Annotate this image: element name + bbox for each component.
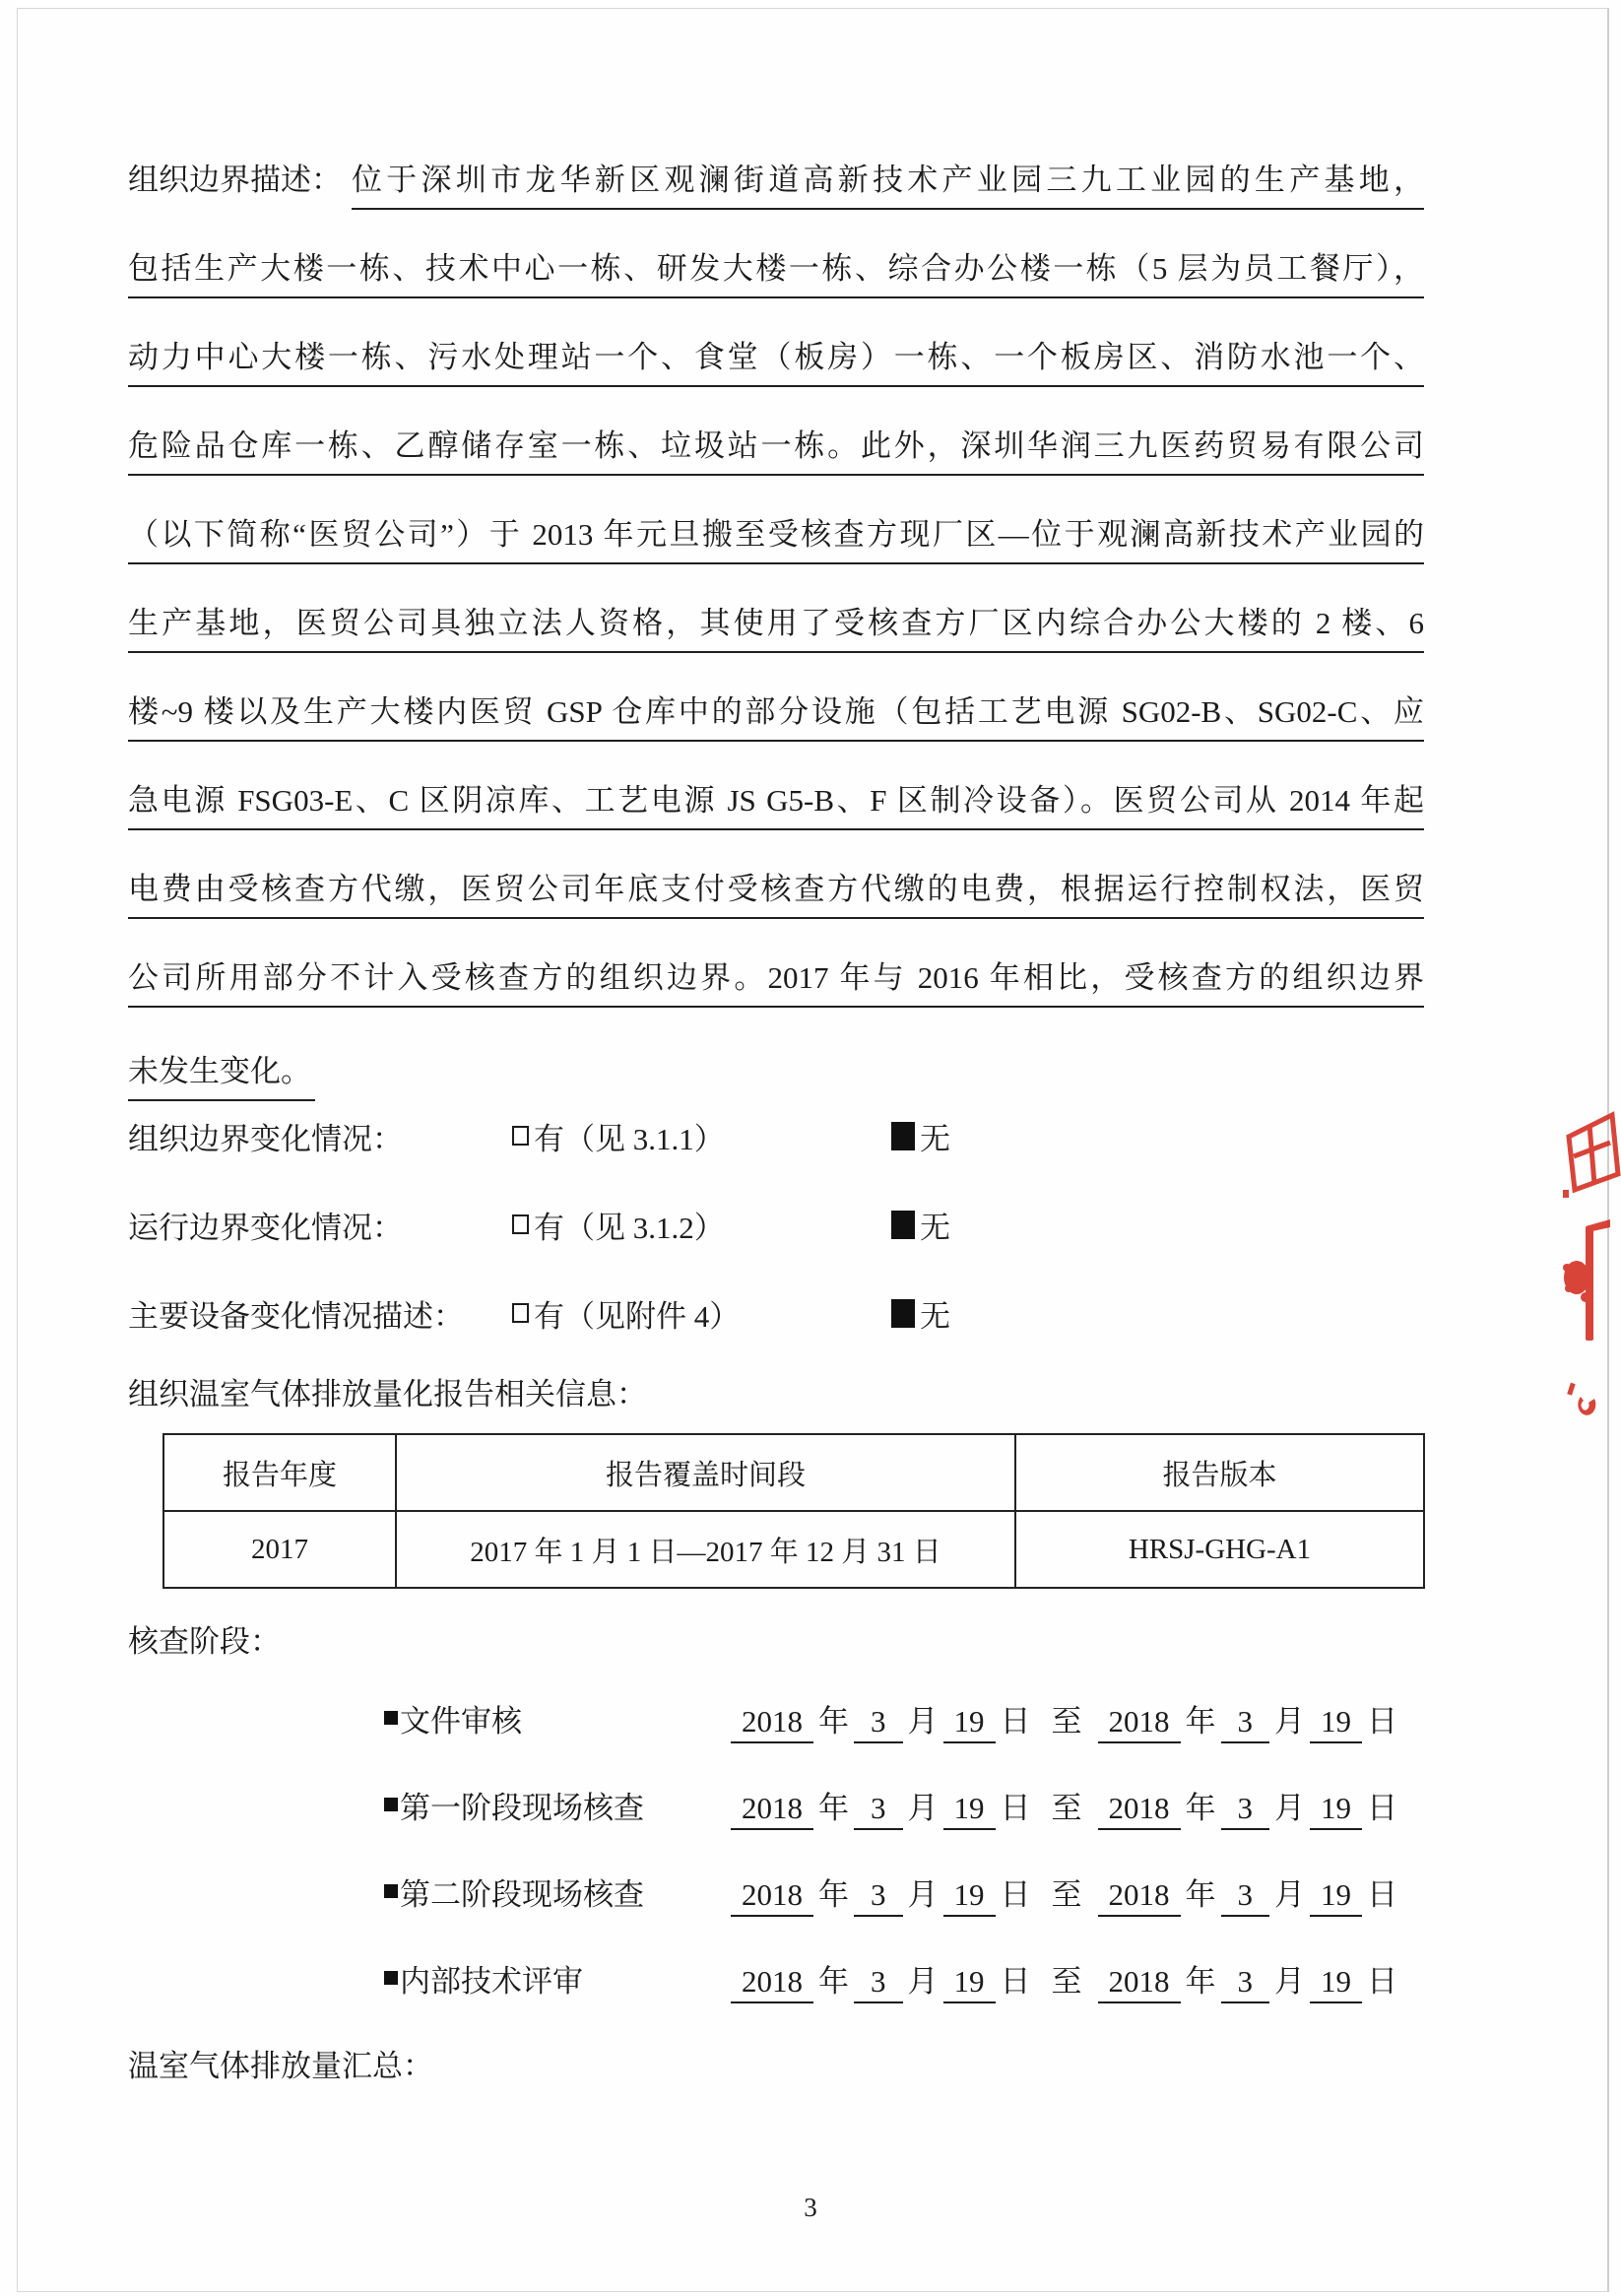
- checkbox-unchecked-icon: [512, 1126, 529, 1146]
- square-bullet-icon: [384, 1971, 398, 1985]
- table-row: 2017 2017 年 1 月 1 日—2017 年 12 月 31 日 HRS…: [163, 1511, 1424, 1588]
- change-row-operational-boundary: 运行边界变化情况： 有（见 3.1.2） 无: [128, 1180, 1123, 1269]
- phase-heading: 核查阶段：: [128, 1616, 281, 1661]
- cell-report-year: 2017: [163, 1511, 396, 1588]
- phase-label: 第一阶段现场核查: [400, 1783, 644, 1827]
- change-no-label: 无: [920, 1203, 950, 1247]
- date-start-year: 2018: [731, 1791, 813, 1830]
- unit-year: 年: [818, 1791, 849, 1825]
- date-start-month: 3: [854, 1704, 903, 1743]
- square-bullet-icon: [384, 1884, 398, 1898]
- phase-row-first-site-visit: 第一阶段现场核查 2018年3月19日至2018年3月19日: [384, 1761, 1402, 1848]
- boundary-line: 动力中心大楼一栋、污水处理站一个、食堂（板房）一栋、一个板房区、消防水池一个、: [128, 298, 1424, 387]
- boundary-line: （以下简称“医贸公司”）于 2013 年元旦搬至受核查方现厂区—位于观澜高新技术…: [128, 476, 1424, 564]
- change-yes-label: 有（见附件 4）: [534, 1291, 740, 1336]
- header-report-version: 报告版本: [1015, 1434, 1424, 1511]
- boundary-line: 生产基地，医贸公司具独立法人资格，其使用了受核查方厂区内综合办公大楼的 2 楼、…: [128, 564, 1424, 653]
- change-no-option: 无: [891, 1291, 950, 1336]
- change-row-label: 主要设备变化情况描述：: [128, 1291, 512, 1336]
- phase-label: 第二阶段现场核查: [400, 1870, 644, 1914]
- change-no-option: 无: [891, 1114, 950, 1158]
- change-row-label: 组织边界变化情况：: [128, 1114, 512, 1158]
- phase-dates: 2018年3月19日至2018年3月19日: [731, 1956, 1402, 2001]
- change-no-label: 无: [920, 1114, 950, 1158]
- red-stamp-fragment: [1559, 1095, 1621, 1450]
- boundary-label: 组织边界描述：: [128, 162, 342, 210]
- unit-month: 月: [908, 1791, 939, 1825]
- date-start-month: 3: [854, 1964, 903, 2003]
- unit-year: 年: [818, 1877, 849, 1912]
- phase-dates: 2018年3月19日至2018年3月19日: [731, 1870, 1402, 1914]
- unit-year: 年: [1186, 1791, 1216, 1825]
- unit-day: 日: [1001, 1704, 1031, 1738]
- date-end-month: 3: [1221, 1791, 1270, 1830]
- unit-year: 年: [1186, 1704, 1216, 1738]
- boundary-line-text: 危险品仓库一栋、乙醇储存室一栋、垃圾站一栋。此外，深圳华润三九医药贸易有限公司: [128, 427, 1424, 474]
- ghg-summary-heading: 温室气体排放量汇总：: [128, 2041, 433, 2085]
- checkbox-checked-icon: [891, 1299, 915, 1328]
- date-end-month: 3: [1221, 1964, 1270, 2003]
- date-end-month: 3: [1221, 1877, 1270, 1917]
- date-start-day: 19: [943, 1964, 996, 2003]
- phase-label-group: 第一阶段现场核查: [384, 1783, 731, 1827]
- change-row-org-boundary: 组织边界变化情况： 有（见 3.1.1） 无: [128, 1091, 1123, 1180]
- date-end-year: 2018: [1098, 1704, 1181, 1743]
- date-end-day: 19: [1310, 1964, 1362, 2003]
- unit-day: 日: [1367, 1704, 1397, 1738]
- boundary-line: 急电源 FSG03-E、C 区阴凉库、工艺电源 JS G5-B、F 区制冷设备）…: [128, 742, 1424, 830]
- unit-month: 月: [1274, 1704, 1305, 1738]
- boundary-line: 未发生变化。: [128, 1008, 1424, 1094]
- date-start-day: 19: [943, 1704, 996, 1743]
- phase-row-document-review: 文件审核 2018年3月19日至2018年3月19日: [384, 1674, 1402, 1761]
- phase-label-group: 内部技术评审: [384, 1956, 731, 2001]
- boundary-line: 包括生产大楼一栋、技术中心一栋、研发大楼一栋、综合办公楼一栋（5 层为员工餐厅）…: [128, 210, 1424, 298]
- date-start-day: 19: [943, 1877, 996, 1917]
- date-end-day: 19: [1310, 1704, 1362, 1743]
- change-yes-label: 有（见 3.1.2）: [534, 1203, 725, 1247]
- cell-report-version: HRSJ-GHG-A1: [1015, 1511, 1424, 1588]
- boundary-line: 电费由受核查方代缴，医贸公司年底支付受核查方代缴的电费，根据运行控制权法，医贸: [128, 830, 1424, 919]
- boundary-line: 危险品仓库一栋、乙醇储存室一栋、垃圾站一栋。此外，深圳华润三九医药贸易有限公司: [128, 387, 1424, 476]
- date-start-month: 3: [854, 1877, 903, 1917]
- unit-to: 至: [1052, 1877, 1082, 1912]
- phase-list: 文件审核 2018年3月19日至2018年3月19日 第一阶段现场核查 2018…: [384, 1674, 1402, 2021]
- change-no-label: 无: [920, 1291, 950, 1336]
- boundary-line-text: 楼~9 楼以及生产大楼内医贸 GSP 仓库中的部分设施（包括工艺电源 SG02-…: [128, 693, 1424, 740]
- phase-label: 文件审核: [400, 1696, 522, 1740]
- unit-to: 至: [1052, 1791, 1082, 1825]
- change-row-main-equipment: 主要设备变化情况描述： 有（见附件 4） 无: [128, 1269, 1123, 1357]
- report-info-heading: 组织温室气体排放量化报告相关信息：: [128, 1369, 647, 1413]
- phase-row-internal-technical-review: 内部技术评审 2018年3月19日至2018年3月19日: [384, 1935, 1402, 2021]
- checkbox-checked-icon: [891, 1122, 915, 1150]
- date-start-year: 2018: [731, 1704, 813, 1743]
- boundary-line-text: 位于深圳市龙华新区观澜街道高新技术产业园三九工业园的生产基地，: [352, 162, 1424, 210]
- square-bullet-icon: [384, 1798, 398, 1811]
- boundary-line: 公司所用部分不计入受核查方的组织边界。2017 年与 2016 年相比，受核查方…: [128, 919, 1424, 1008]
- date-end-year: 2018: [1098, 1791, 1181, 1830]
- checkbox-unchecked-icon: [512, 1303, 529, 1323]
- unit-day: 日: [1001, 1964, 1031, 1999]
- phase-label-group: 文件审核: [384, 1696, 731, 1740]
- phase-dates: 2018年3月19日至2018年3月19日: [731, 1783, 1402, 1827]
- document-page: 组织边界描述： 位于深圳市龙华新区观澜街道高新技术产业园三九工业园的生产基地， …: [0, 0, 1621, 2296]
- change-yes-option: 有（见 3.1.2）: [512, 1203, 891, 1247]
- change-row-label: 运行边界变化情况：: [128, 1203, 512, 1247]
- table-header-row: 报告年度 报告覆盖时间段 报告版本: [163, 1434, 1424, 1511]
- date-start-day: 19: [943, 1791, 996, 1830]
- unit-day: 日: [1367, 1964, 1397, 1999]
- unit-month: 月: [908, 1704, 939, 1738]
- boundary-line: 组织边界描述： 位于深圳市龙华新区观澜街道高新技术产业园三九工业园的生产基地，: [128, 123, 1424, 210]
- page-number: 3: [0, 2193, 1621, 2223]
- date-start-month: 3: [854, 1791, 903, 1830]
- boundary-line: 楼~9 楼以及生产大楼内医贸 GSP 仓库中的部分设施（包括工艺电源 SG02-…: [128, 653, 1424, 742]
- change-status-section: 组织边界变化情况： 有（见 3.1.1） 无 运行边界变化情况： 有（见 3.1…: [128, 1091, 1123, 1357]
- header-report-year: 报告年度: [163, 1434, 396, 1511]
- phase-label: 内部技术评审: [400, 1956, 583, 2001]
- unit-year: 年: [1186, 1877, 1216, 1912]
- unit-day: 日: [1367, 1791, 1397, 1825]
- boundary-line-text: （以下简称“医贸公司”）于 2013 年元旦搬至受核查方现厂区—位于观澜高新技术…: [128, 516, 1424, 562]
- date-end-year: 2018: [1098, 1877, 1181, 1917]
- change-yes-option: 有（见附件 4）: [512, 1291, 891, 1336]
- unit-day: 日: [1367, 1877, 1397, 1912]
- date-start-year: 2018: [731, 1877, 813, 1917]
- unit-month: 月: [1274, 1791, 1305, 1825]
- phase-row-second-site-visit: 第二阶段现场核查 2018年3月19日至2018年3月19日: [384, 1848, 1402, 1935]
- unit-month: 月: [1274, 1877, 1305, 1912]
- unit-month: 月: [908, 1877, 939, 1912]
- unit-day: 日: [1001, 1791, 1031, 1825]
- boundary-line-text: 急电源 FSG03-E、C 区阴凉库、工艺电源 JS G5-B、F 区制冷设备）…: [128, 782, 1424, 828]
- cell-report-period: 2017 年 1 月 1 日—2017 年 12 月 31 日: [396, 1511, 1015, 1588]
- unit-to: 至: [1052, 1704, 1082, 1738]
- unit-year: 年: [1186, 1964, 1216, 1999]
- square-bullet-icon: [384, 1711, 398, 1725]
- unit-day: 日: [1001, 1877, 1031, 1912]
- phase-label-group: 第二阶段现场核查: [384, 1870, 731, 1914]
- unit-year: 年: [818, 1704, 849, 1738]
- boundary-line-text: 公司所用部分不计入受核查方的组织边界。2017 年与 2016 年相比，受核查方…: [128, 959, 1424, 1006]
- date-end-day: 19: [1310, 1791, 1362, 1830]
- change-yes-option: 有（见 3.1.1）: [512, 1114, 891, 1158]
- boundary-line-text: 电费由受核查方代缴，医贸公司年底支付受核查方代缴的电费，根据运行控制权法，医贸: [128, 871, 1424, 917]
- change-no-option: 无: [891, 1203, 950, 1247]
- boundary-line-text: 动力中心大楼一栋、污水处理站一个、食堂（板房）一栋、一个板房区、消防水池一个、: [128, 339, 1424, 385]
- checkbox-unchecked-icon: [512, 1214, 529, 1234]
- unit-to: 至: [1052, 1964, 1082, 1999]
- checkbox-checked-icon: [891, 1211, 915, 1239]
- header-report-period: 报告覆盖时间段: [396, 1434, 1015, 1511]
- date-start-year: 2018: [731, 1964, 813, 2003]
- report-info-table: 报告年度 报告覆盖时间段 报告版本 2017 2017 年 1 月 1 日—20…: [162, 1433, 1425, 1589]
- unit-year: 年: [818, 1964, 849, 1999]
- unit-month: 月: [1274, 1964, 1305, 1999]
- boundary-description: 组织边界描述： 位于深圳市龙华新区观澜街道高新技术产业园三九工业园的生产基地， …: [128, 123, 1424, 1094]
- unit-month: 月: [908, 1964, 939, 1999]
- date-end-month: 3: [1221, 1704, 1270, 1743]
- boundary-line-text: 包括生产大楼一栋、技术中心一栋、研发大楼一栋、综合办公楼一栋（5 层为员工餐厅）…: [128, 250, 1424, 296]
- boundary-line-text: 生产基地，医贸公司具独立法人资格，其使用了受核查方厂区内综合办公大楼的 2 楼、…: [128, 605, 1424, 651]
- phase-dates: 2018年3月19日至2018年3月19日: [731, 1696, 1402, 1740]
- change-yes-label: 有（见 3.1.1）: [534, 1114, 725, 1158]
- date-end-day: 19: [1310, 1877, 1362, 1917]
- date-end-year: 2018: [1098, 1964, 1181, 2003]
